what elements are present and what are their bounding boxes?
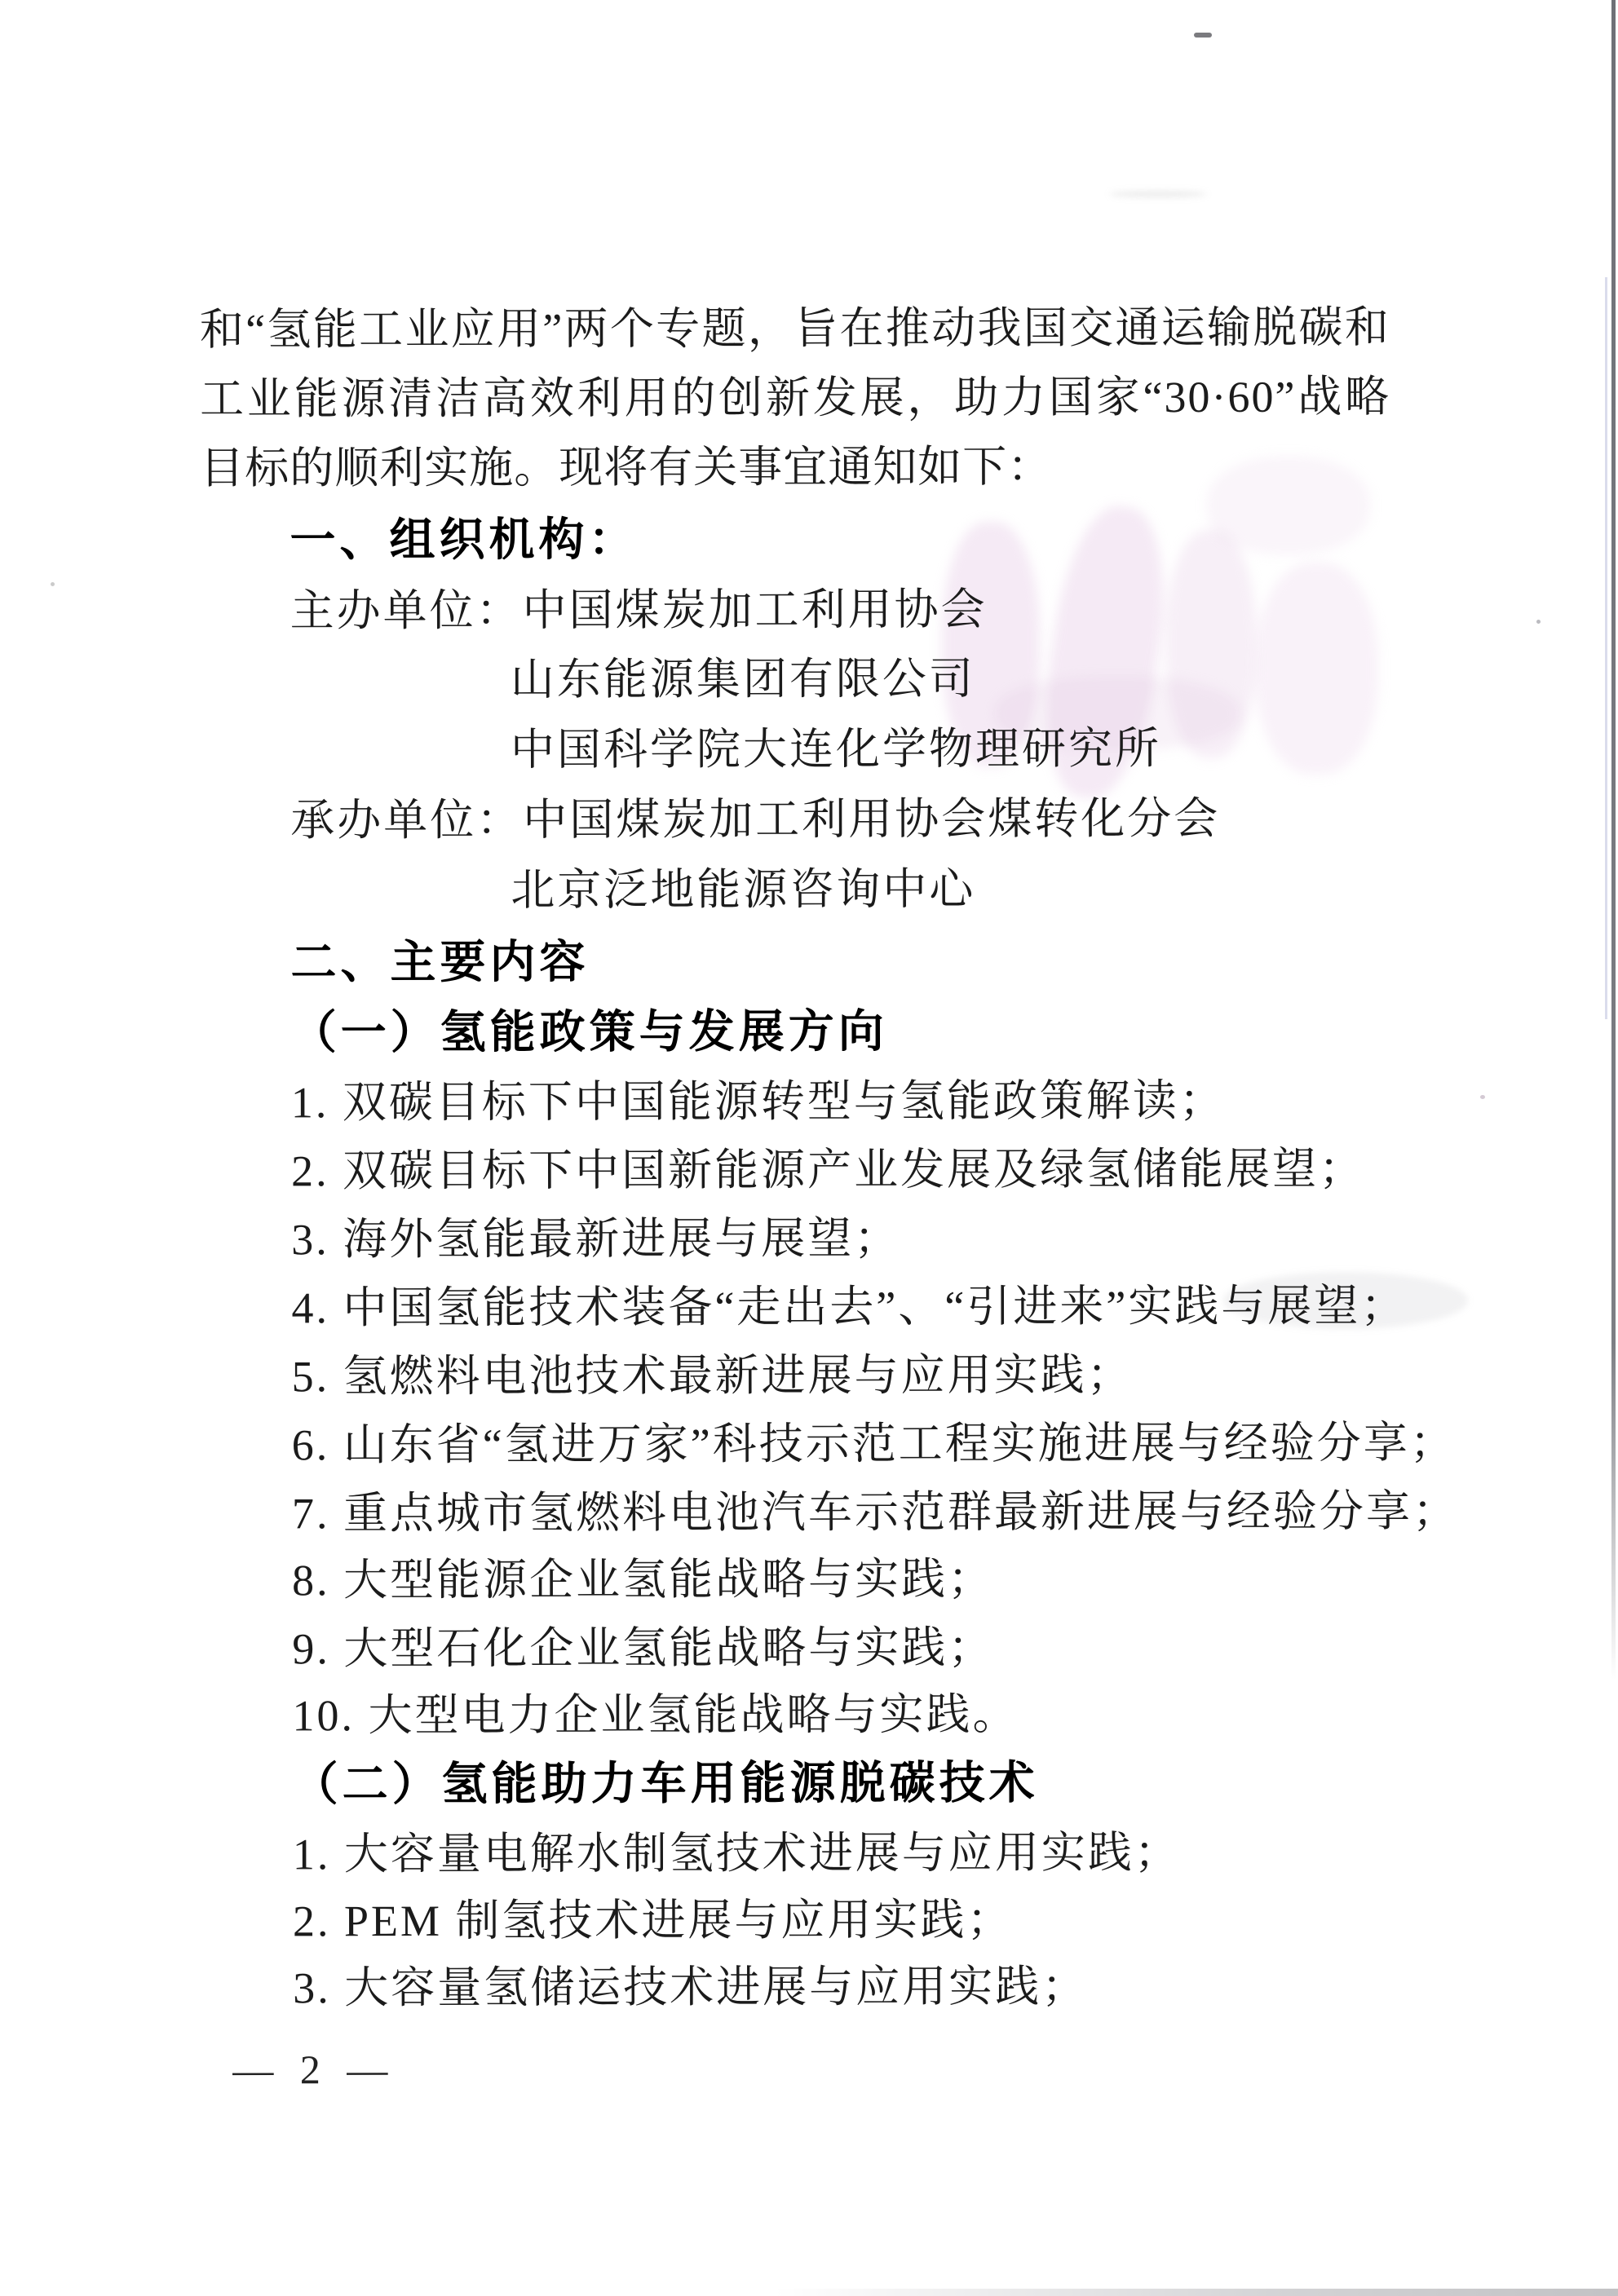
policy-item-9: 9. 大型石化企业氢能战略与实践； (292, 1623, 994, 1675)
intro-line-2: 工业能源清洁高效利用的创新发展，助力国家“30·60”战略 (200, 372, 1390, 425)
policy-item-2: 2. 双碳目标下中国新能源产业发展及绿氢储能展望； (291, 1144, 1365, 1197)
policy-item-4: 4. 中国氢能技术装备“走出去”、“引进来”实践与展望； (291, 1280, 1407, 1333)
intro-line-3: 目标的顺利实施。现将有关事宜通知如下： (200, 441, 1052, 493)
organizer-org-2: 北京泛地能源咨询中心 (511, 864, 975, 916)
decarbon-item-1: 1. 大容量电解水制氢技术进展与应用实践； (293, 1827, 1181, 1879)
scanned-notice-page: 和“氢能工业应用”两个专题，旨在推动我国交通运输脱碳和 工业能源清洁高效利用的创… (0, 0, 1618, 2296)
host-org-3: 中国科学院大连化学物理研究所 (511, 723, 1161, 775)
host-organizations-line: 主办单位：中国煤炭加工利用协会 (290, 585, 988, 637)
organizer-org-1: 中国煤炭加工利用协会煤转化分会 (523, 794, 1220, 845)
host-org-1: 中国煤炭加工利用协会 (523, 585, 988, 635)
intro-line-1: 和“氢能工业应用”两个专题，旨在推动我国交通运输脱碳和 (200, 302, 1390, 355)
decarbon-item-3: 3. 大容量氢储运技术进展与应用实践； (293, 1961, 1088, 2013)
subsection-heading-1: （一）氢能政策与发展方向 (291, 1006, 888, 1058)
organizer-line: 承办单位：中国煤炭加工利用协会煤转化分会 (290, 793, 1220, 846)
policy-item-5: 5. 氢燃料电池技术最新进展与应用实践； (292, 1349, 1134, 1402)
decarbon-item-2: 2. PEM 制氢技术进展与应用实践； (293, 1894, 1014, 1946)
page-number: — 2 — (232, 2046, 396, 2093)
policy-item-1: 1. 双碳目标下中国能源转型与氢能政策解读； (291, 1075, 1226, 1128)
section-heading-main-content: 二、主要内容 (290, 937, 589, 988)
policy-item-7: 7. 重点城市氢燃料电池汽车示范群最新进展与经验分享； (292, 1486, 1459, 1539)
policy-item-6: 6. 山东省“氢进万家”科技示范工程实施进展与经验分享； (292, 1417, 1457, 1470)
notice-body: 和“氢能工业应用”两个专题，旨在推动我国交通运输脱碳和 工业能源清洁高效利用的创… (0, 0, 1618, 2296)
policy-item-8: 8. 大型能源企业氢能战略与实践； (292, 1554, 994, 1606)
organizer-label: 承办单位： (290, 796, 523, 846)
host-label: 主办单位： (290, 586, 523, 636)
policy-item-10: 10. 大型电力企业氢能战略与实践。 (292, 1689, 1019, 1741)
section-heading-organization: 一、组织机构： (290, 514, 638, 565)
subsection-heading-2: （二）氢能助力车用能源脱碳技术 (293, 1757, 1039, 1809)
host-org-2: 山东能源集团有限公司 (511, 654, 975, 705)
policy-item-3: 3. 海外氢能最新进展与展望； (291, 1213, 900, 1265)
